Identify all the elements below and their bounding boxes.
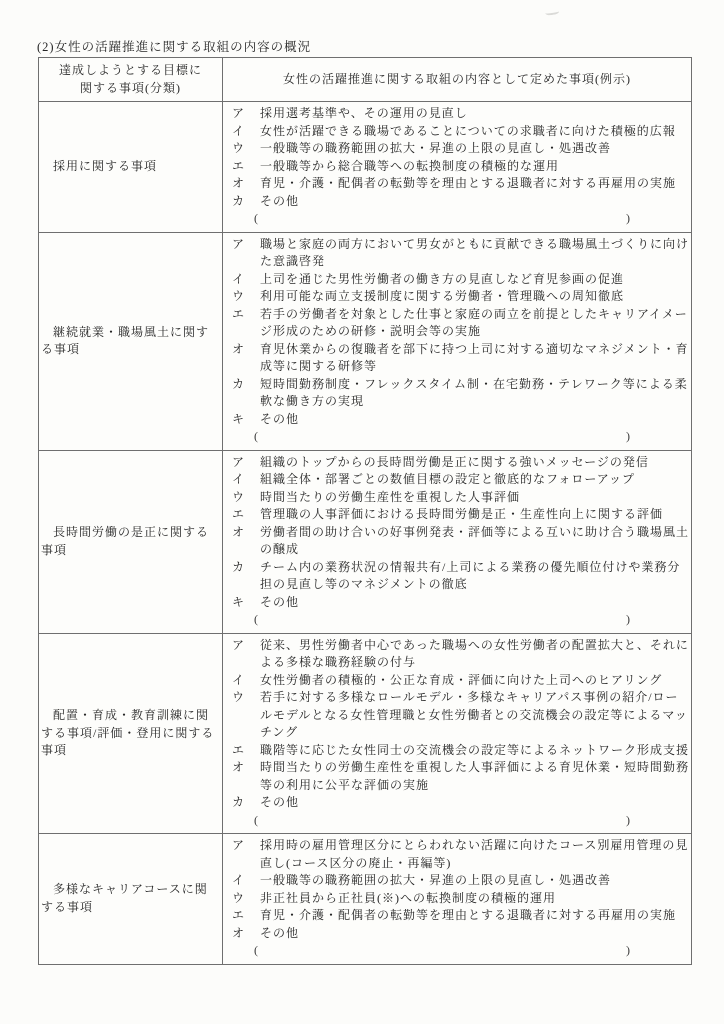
- item-text: 時間当たりの労働生産性を重視した人事評価: [260, 489, 689, 507]
- header-measures-label: 女性の活躍推進に関する取組の内容として定めた事項(例示): [283, 71, 631, 89]
- category-label: 採用に関する事項: [39, 156, 163, 178]
- item-label: ア: [232, 454, 252, 472]
- category-label: 配置・育成・教育訓練に関する事項/評価・登用に関する事項: [39, 705, 222, 762]
- blank-entry-line: ( ): [232, 210, 689, 228]
- item-text: 一般職等の職務範囲の拡大・昇進の上限の見直し・処遇改善: [260, 872, 689, 890]
- list-item: カ 短時間勤務制度・フレックスタイム制・在宅勤務・テレワーク等による柔軟な働き方…: [232, 376, 689, 411]
- item-label: イ: [232, 471, 252, 489]
- close-paren: ): [626, 812, 631, 830]
- list-item: エ 職階等に応じた女性同士の交流機会の設定等によるネットワーク形成支援: [232, 742, 689, 760]
- items-cell: ア 採用時の雇用管理区分にとらわれない活躍に向けたコース別雇用管理の見直し(コー…: [223, 834, 691, 964]
- close-paren: ): [626, 942, 631, 960]
- close-paren: ): [626, 428, 631, 446]
- item-label: ア: [232, 236, 252, 254]
- category-cell: 継続就業・職場風土に関する事項: [39, 233, 223, 450]
- list-item: ウ 一般職等の職務範囲の拡大・昇進の上限の見直し・処遇改善: [232, 140, 689, 158]
- item-text: 育児・介護・配偶者の転勤等を理由とする退職者に対する再雇用の実施: [260, 175, 689, 193]
- item-label: エ: [232, 306, 252, 324]
- item-text: 若手の労働者を対象とした仕事と家庭の両立を前提としたキャリアイメージ形成のための…: [260, 306, 689, 341]
- list-item: ア 採用選考基準や、その運用の見直し: [232, 105, 689, 123]
- item-text: 女性が活躍できる職場であることについての求職者に向けた積極的広報: [260, 123, 689, 141]
- list-item: ウ 利用可能な両立支援制度に関する労働者・管理職への周知徹底: [232, 288, 689, 306]
- item-label: イ: [232, 872, 252, 890]
- item-text: その他: [260, 794, 689, 812]
- item-label: カ: [232, 794, 252, 812]
- item-text: 育児・介護・配偶者の転勤等を理由とする退職者に対する再雇用の実施: [260, 907, 689, 925]
- item-label: イ: [232, 672, 252, 690]
- close-paren: ): [626, 210, 631, 228]
- item-label: ウ: [232, 890, 252, 908]
- table-header-row: 達成しようとする目標に 関する事項(分類) 女性の活躍推進に関する取組の内容とし…: [39, 58, 691, 102]
- item-text: 組織のトップからの長時間労働是正に関する強いメッセージの発信: [260, 454, 689, 472]
- list-item: カ チーム内の業務状況の情報共有/上司による業務の優先順位付けや業務分担の見直し…: [232, 559, 689, 594]
- item-label: エ: [232, 506, 252, 524]
- item-text: 育児休業からの復職者を部下に持つ上司に対する適切なマネジメント・育成等に関する研…: [260, 341, 689, 376]
- items-list: ア 組織のトップからの長時間労働是正に関する強いメッセージの発信 イ 組織全体・…: [232, 454, 689, 612]
- item-label: キ: [232, 411, 252, 429]
- table-row: 多様なキャリアコースに関する事項 ア 採用時の雇用管理区分にとらわれない活躍に向…: [39, 834, 691, 964]
- item-label: エ: [232, 158, 252, 176]
- list-item: ア 組織のトップからの長時間労働是正に関する強いメッセージの発信: [232, 454, 689, 472]
- item-text: 女性労働者の積極的・公正な育成・評価に向けた上司へのヒアリング: [260, 672, 689, 690]
- item-label: カ: [232, 193, 252, 211]
- list-item: イ 組織全体・部署ごとの数値目標の設定と徹底的なフォローアップ: [232, 471, 689, 489]
- item-label: オ: [232, 524, 252, 542]
- item-label: オ: [232, 175, 252, 193]
- list-item: ウ 非正社員から正社員(※)への転換制度の積極的運用: [232, 890, 689, 908]
- list-item: イ 上司を通じた男性労働者の働き方の見直しなど育児参画の促進: [232, 271, 689, 289]
- list-item: エ 育児・介護・配偶者の転勤等を理由とする退職者に対する再雇用の実施: [232, 907, 689, 925]
- item-text: その他: [260, 925, 689, 943]
- list-item: オ 育児休業からの復職者を部下に持つ上司に対する適切なマネジメント・育成等に関す…: [232, 341, 689, 376]
- list-item: エ 若手の労働者を対象とした仕事と家庭の両立を前提としたキャリアイメージ形成のた…: [232, 306, 689, 341]
- item-text: チーム内の業務状況の情報共有/上司による業務の優先順位付けや業務分担の見直し等の…: [260, 559, 689, 594]
- item-text: 一般職等から総合職等への転換制度の積極的な運用: [260, 158, 689, 176]
- close-paren: ): [626, 611, 631, 629]
- list-item: ウ 時間当たりの労働生産性を重視した人事評価: [232, 489, 689, 507]
- item-label: エ: [232, 742, 252, 760]
- item-label: ウ: [232, 140, 252, 158]
- list-item: カ その他: [232, 794, 689, 812]
- list-item: エ 一般職等から総合職等への転換制度の積極的な運用: [232, 158, 689, 176]
- item-label: ウ: [232, 288, 252, 306]
- table-row: 採用に関する事項 ア 採用選考基準や、その運用の見直し イ 女性が活躍できる職場…: [39, 102, 691, 233]
- page-title: (2)女性の活躍推進に関する取組の内容の概況: [37, 37, 311, 55]
- item-text: 管理職の人事評価における長時間労働是正・生産性向上に関する評価: [260, 506, 689, 524]
- list-item: ア 採用時の雇用管理区分にとらわれない活躍に向けたコース別雇用管理の見直し(コー…: [232, 837, 689, 872]
- header-goal-category-line1: 達成しようとする目標に: [41, 62, 220, 80]
- items-list: ア 採用選考基準や、その運用の見直し イ 女性が活躍できる職場であることについて…: [232, 105, 689, 210]
- scan-artifact-mark: [545, 7, 560, 16]
- table-row: 継続就業・職場風土に関する事項 ア 職場と家庭の両方において男女がともに貢献でき…: [39, 233, 691, 451]
- blank-entry-line: ( ): [232, 428, 689, 446]
- list-item: ウ 若手に対する多様なロールモデル・多様なキャリアパス事例の紹介/ロールモデルと…: [232, 689, 689, 742]
- item-label: カ: [232, 559, 252, 577]
- list-item: キ その他: [232, 411, 689, 429]
- list-item: キ その他: [232, 594, 689, 612]
- list-item: オ 育児・介護・配偶者の転勤等を理由とする退職者に対する再雇用の実施: [232, 175, 689, 193]
- items-list: ア 職場と家庭の両方において男女がともに貢献できる職場風土づくりに向けた意識啓発…: [232, 236, 689, 429]
- items-list: ア 従来、男性労働者中心であった職場への女性労働者の配置拡大と、それによる多様な…: [232, 637, 689, 812]
- open-paren: (: [254, 611, 259, 629]
- table-body: 採用に関する事項 ア 採用選考基準や、その運用の見直し イ 女性が活躍できる職場…: [39, 102, 691, 964]
- item-label: キ: [232, 594, 252, 612]
- item-text: 時間当たりの労働生産性を重視した人事評価による育児休業・短時間勤務等の利用に公平…: [260, 759, 689, 794]
- open-paren: (: [254, 812, 259, 830]
- open-paren: (: [254, 942, 259, 960]
- item-label: ア: [232, 837, 252, 855]
- category-cell: 配置・育成・教育訓練に関する事項/評価・登用に関する事項: [39, 634, 223, 834]
- list-item: オ 労働者間の助け合いの好事例発表・評価等による互いに助け合う職場風土の醸成: [232, 524, 689, 559]
- header-goal-category-cell: 達成しようとする目標に 関する事項(分類): [39, 58, 223, 101]
- item-label: エ: [232, 907, 252, 925]
- blank-entry-line: ( ): [232, 812, 689, 830]
- item-text: 労働者間の助け合いの好事例発表・評価等による互いに助け合う職場風土の醸成: [260, 524, 689, 559]
- items-list: ア 採用時の雇用管理区分にとらわれない活躍に向けたコース別雇用管理の見直し(コー…: [232, 837, 689, 942]
- item-text: その他: [260, 594, 689, 612]
- list-item: ア 従来、男性労働者中心であった職場への女性労働者の配置拡大と、それによる多様な…: [232, 637, 689, 672]
- category-cell: 多様なキャリアコースに関する事項: [39, 834, 223, 964]
- items-cell: ア 採用選考基準や、その運用の見直し イ 女性が活躍できる職場であることについて…: [223, 102, 691, 232]
- list-item: ア 職場と家庭の両方において男女がともに貢献できる職場風土づくりに向けた意識啓発: [232, 236, 689, 271]
- item-text: 従来、男性労働者中心であった職場への女性労働者の配置拡大と、それによる多様な職務…: [260, 637, 689, 672]
- item-text: 上司を通じた男性労働者の働き方の見直しなど育児参画の促進: [260, 271, 689, 289]
- item-text: 組織全体・部署ごとの数値目標の設定と徹底的なフォローアップ: [260, 471, 689, 489]
- item-label: オ: [232, 341, 252, 359]
- item-label: ウ: [232, 689, 252, 707]
- item-label: オ: [232, 925, 252, 943]
- item-text: 一般職等の職務範囲の拡大・昇進の上限の見直し・処遇改善: [260, 140, 689, 158]
- item-text: 職場と家庭の両方において男女がともに貢献できる職場風土づくりに向けた意識啓発: [260, 236, 689, 271]
- item-text: 職階等に応じた女性同士の交流機会の設定等によるネットワーク形成支援: [260, 742, 689, 760]
- item-label: ウ: [232, 489, 252, 507]
- table-row: 配置・育成・教育訓練に関する事項/評価・登用に関する事項 ア 従来、男性労働者中…: [39, 634, 691, 835]
- list-item: エ 管理職の人事評価における長時間労働是正・生産性向上に関する評価: [232, 506, 689, 524]
- category-label: 継続就業・職場風土に関する事項: [39, 322, 222, 361]
- category-cell: 採用に関する事項: [39, 102, 223, 232]
- table-row: 長時間労働の是正に関する事項 ア 組織のトップからの長時間労働是正に関する強いメ…: [39, 451, 691, 634]
- category-label: 長時間労働の是正に関する事項: [39, 522, 222, 561]
- item-label: ア: [232, 637, 252, 655]
- items-cell: ア 職場と家庭の両方において男女がともに貢献できる職場風土づくりに向けた意識啓発…: [223, 233, 691, 450]
- item-text: 採用選考基準や、その運用の見直し: [260, 105, 689, 123]
- header-goal-category-line2: 関する事項(分類): [41, 80, 220, 98]
- list-item: イ 一般職等の職務範囲の拡大・昇進の上限の見直し・処遇改善: [232, 872, 689, 890]
- open-paren: (: [254, 210, 259, 228]
- item-text: 若手に対する多様なロールモデル・多様なキャリアパス事例の紹介/ロールモデルとなる…: [260, 689, 689, 742]
- list-item: カ その他: [232, 193, 689, 211]
- item-label: オ: [232, 759, 252, 777]
- blank-entry-line: ( ): [232, 942, 689, 960]
- list-item: オ 時間当たりの労働生産性を重視した人事評価による育児休業・短時間勤務等の利用に…: [232, 759, 689, 794]
- measures-table: 達成しようとする目標に 関する事項(分類) 女性の活躍推進に関する取組の内容とし…: [38, 57, 692, 965]
- open-paren: (: [254, 428, 259, 446]
- item-label: イ: [232, 271, 252, 289]
- list-item: イ 女性が活躍できる職場であることについての求職者に向けた積極的広報: [232, 123, 689, 141]
- items-cell: ア 組織のトップからの長時間労働是正に関する強いメッセージの発信 イ 組織全体・…: [223, 451, 691, 633]
- item-text: その他: [260, 411, 689, 429]
- item-label: イ: [232, 123, 252, 141]
- item-text: 非正社員から正社員(※)への転換制度の積極的運用: [260, 890, 689, 908]
- item-text: 利用可能な両立支援制度に関する労働者・管理職への周知徹底: [260, 288, 689, 306]
- category-label: 多様なキャリアコースに関する事項: [39, 879, 222, 918]
- item-label: カ: [232, 376, 252, 394]
- items-cell: ア 従来、男性労働者中心であった職場への女性労働者の配置拡大と、それによる多様な…: [223, 634, 691, 834]
- item-text: 短時間勤務制度・フレックスタイム制・在宅勤務・テレワーク等による柔軟な働き方の実…: [260, 376, 689, 411]
- item-text: その他: [260, 193, 689, 211]
- list-item: オ その他: [232, 925, 689, 943]
- list-item: イ 女性労働者の積極的・公正な育成・評価に向けた上司へのヒアリング: [232, 672, 689, 690]
- item-label: ア: [232, 105, 252, 123]
- category-cell: 長時間労働の是正に関する事項: [39, 451, 223, 633]
- header-measures-cell: 女性の活躍推進に関する取組の内容として定めた事項(例示): [223, 58, 691, 101]
- blank-entry-line: ( ): [232, 611, 689, 629]
- item-text: 採用時の雇用管理区分にとらわれない活躍に向けたコース別雇用管理の見直し(コース区…: [260, 837, 689, 872]
